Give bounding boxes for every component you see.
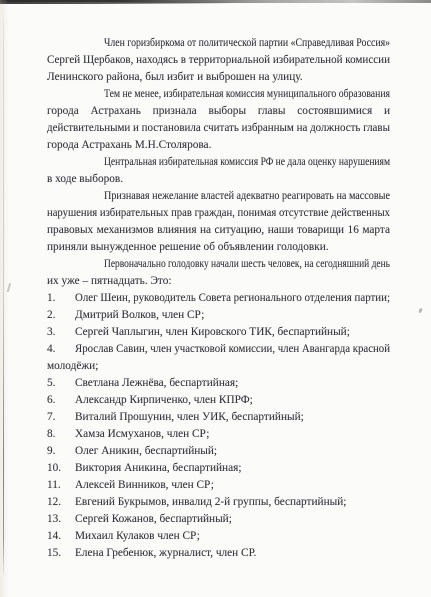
list-text: Виктория Аникина, беспартийная; xyxy=(75,460,390,477)
list-item: 10. Виктория Аникина, беспартийная; xyxy=(47,460,390,477)
list-number: 14. xyxy=(47,528,75,545)
list-number: 6. xyxy=(47,392,75,409)
list-item: 13. Сергей Кожанов, беспартийный; xyxy=(47,511,390,528)
text-line: в ходе выборов. xyxy=(47,171,390,188)
text-line: действительными и постановила считать из… xyxy=(47,120,390,137)
list-number: 2. xyxy=(47,307,75,324)
list-text: Виталий Прошунин, член УИК, беспартийный… xyxy=(75,409,390,426)
list-text: Алексей Винников, член СР; xyxy=(75,477,390,494)
scanned-document-page: Член горизбиркома от политической партии… xyxy=(0,0,431,597)
text-line: Первоначально голодовку начали шесть чел… xyxy=(47,256,390,273)
text-line: города Астрахань М.Н.Столярова. xyxy=(47,137,390,154)
list-number: 9. xyxy=(47,443,75,460)
list-text: Сергей Кожанов, беспартийный; xyxy=(75,511,390,528)
list-number: 15. xyxy=(47,545,75,562)
text-line: правовых механизмов влияния на ситуацию,… xyxy=(47,222,390,239)
list-item: 7. Виталий Прошунин, член УИК, беспартий… xyxy=(47,409,390,426)
text-line: Сергей Щербаков, находясь в территориаль… xyxy=(47,52,390,69)
list-item: 14. Михаил Кулаков член СР; xyxy=(47,528,390,545)
hunger-strikers-list: 1. Олег Шеин, руководитель Совета регион… xyxy=(47,290,390,562)
text-line: города Астрахань признала выборы главы с… xyxy=(47,103,390,120)
list-text: Олег Аникин, беспартийный; xyxy=(75,443,390,460)
scan-speck-right xyxy=(418,308,422,314)
list-text: Светлана Лежнёва, беспартийная; xyxy=(75,375,390,392)
paragraph-3: Центральная избирательная комиссия РФ не… xyxy=(47,154,390,188)
list-number: 8. xyxy=(47,426,75,443)
list-number: 11. xyxy=(47,477,75,494)
paragraph-2: Тем не менее, избирательная комиссия мун… xyxy=(47,86,390,154)
list-item: 12. Евгений Букрымов, инвалид 2-й группы… xyxy=(47,494,390,511)
list-item: 4. Ярослав Савин, член участковой комисс… xyxy=(47,341,390,358)
list-text: Елена Гребенюк, журналист, член СР. xyxy=(75,545,390,562)
list-number: 4. xyxy=(47,341,75,358)
scan-edge-artifact-top-thick xyxy=(0,2,237,4)
list-text: молодёжи; xyxy=(47,358,390,375)
list-text: Хамза Исмуханов, член СР; xyxy=(75,426,390,443)
text-line: Ленинского района, был избит и выброшен … xyxy=(47,69,390,86)
text-line: Признавая нежелание властей адекватно ре… xyxy=(47,188,390,205)
text-line: нарушения избирательных прав граждан, по… xyxy=(47,205,390,222)
list-text: Дмитрий Волков, член СР; xyxy=(75,307,390,324)
text-line: приняли вынужденное решение об объявлени… xyxy=(47,239,390,256)
text-line: Тем не менее, избирательная комиссия мун… xyxy=(47,86,390,103)
text-line: их уже – пятнадцать. Это: xyxy=(47,273,390,290)
list-item: 1. Олег Шеин, руководитель Совета регион… xyxy=(47,290,390,307)
list-item: 9. Олег Аникин, беспартийный; xyxy=(47,443,390,460)
list-text: Евгений Букрымов, инвалид 2-й группы, бе… xyxy=(75,494,390,511)
list-number: 13. xyxy=(47,511,75,528)
list-item-continuation: молодёжи; xyxy=(47,358,390,375)
list-item: 3. Сергей Чаплыгин, член Кировского ТИК,… xyxy=(47,324,390,341)
list-text: Сергей Чаплыгин, член Кировского ТИК, бе… xyxy=(75,324,390,341)
list-text: Олег Шеин, руководитель Совета региональ… xyxy=(75,290,390,307)
list-text: Михаил Кулаков член СР; xyxy=(75,528,390,545)
scan-shadow-left xyxy=(0,0,9,597)
paragraph-1: Член горизбиркома от политической партии… xyxy=(47,35,390,86)
list-item: 6. Александр Кирпиченко, член КПРФ; xyxy=(47,392,390,409)
list-number: 5. xyxy=(47,375,75,392)
list-number: 7. xyxy=(47,409,75,426)
paragraph-4: Признавая нежелание властей адекватно ре… xyxy=(47,188,390,256)
document-text-block: Член горизбиркома от политической партии… xyxy=(47,35,390,562)
list-number: 12. xyxy=(47,494,75,511)
list-text: Александр Кирпиченко, член КПРФ; xyxy=(75,392,390,409)
list-number: 10. xyxy=(47,460,75,477)
list-text: Ярослав Савин, член участковой комиссии,… xyxy=(75,341,390,358)
list-item: 8. Хамза Исмуханов, член СР; xyxy=(47,426,390,443)
list-item: 15. Елена Гребенюк, журналист, член СР. xyxy=(47,545,390,562)
list-item: 11. Алексей Винников, член СР; xyxy=(47,477,390,494)
text-line: Центральная избирательная комиссия РФ не… xyxy=(47,154,390,171)
list-item: 2. Дмитрий Волков, член СР; xyxy=(47,307,390,324)
list-item: 5. Светлана Лежнёва, беспартийная; xyxy=(47,375,390,392)
text-line: Член горизбиркома от политической партии… xyxy=(47,35,390,52)
list-number: 3. xyxy=(47,324,75,341)
paragraph-5: Первоначально голодовку начали шесть чел… xyxy=(47,256,390,290)
scan-line-left xyxy=(3,4,4,579)
list-number: 1. xyxy=(47,290,75,307)
